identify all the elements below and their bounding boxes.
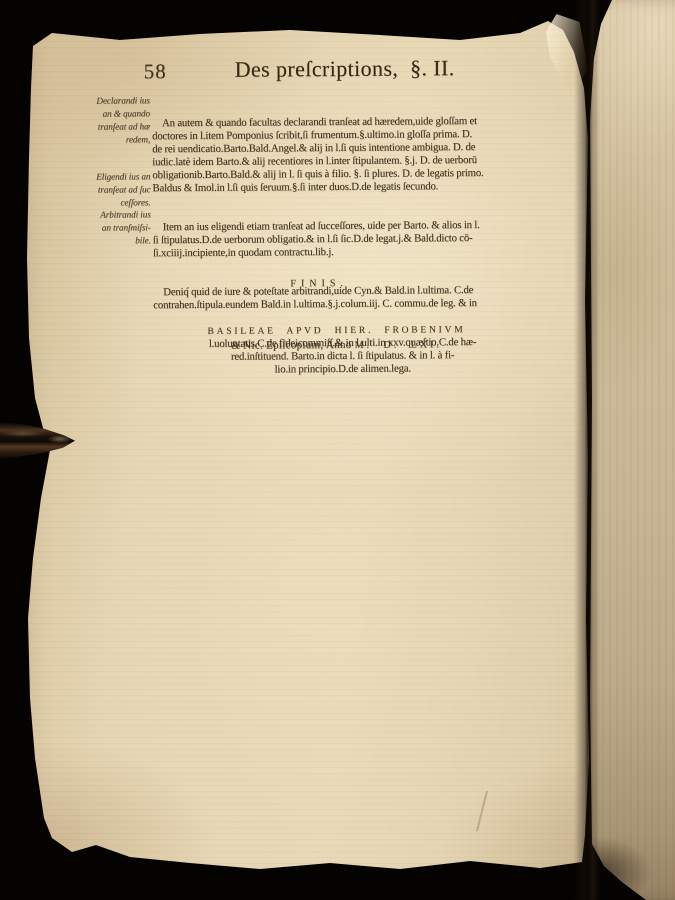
book-photograph: 58 Des preſcriptions, §. II. Declarandi … [0, 0, 675, 900]
margin-note-declarandi: Declarandi ius an & quando tranſeat ad h… [82, 94, 150, 146]
running-title: Des preſcriptions, §. II. [205, 55, 485, 83]
colophon-year: M. D. LXI. [355, 339, 442, 351]
margin-note-arbitrandi: Arbitrandi ius an tranſmiſsi- bile. [83, 208, 151, 247]
printed-content: 58 Des preſcriptions, §. II. Declarandi … [0, 0, 675, 900]
paragraph-1: An autem & quando facultas declarandi tr… [152, 115, 531, 196]
body-text: An autem & quando facultas declarandi tr… [152, 89, 532, 404]
colophon-imprint-line: BASILEAE APVD HIER. FROBENIVM [151, 325, 521, 338]
paragraph-2: Item an ius eligendi etiam tranſeat ad ſ… [153, 219, 531, 261]
finis-label: FINIS. [154, 277, 484, 290]
colophon-publisher: & Nic. Epiſcopium, Anno [231, 339, 354, 352]
margin-note-eligendi: Eligendi ius an tranſeat ad ſuc ceſſores… [82, 170, 150, 209]
colophon: BASILEAE APVD HIER. FROBENIVM & Nic. Epi… [151, 325, 521, 353]
page-number: 58 [144, 59, 167, 84]
colophon-date-line: & Nic. Epiſcopium, Anno M. D. LXI. [152, 338, 522, 353]
